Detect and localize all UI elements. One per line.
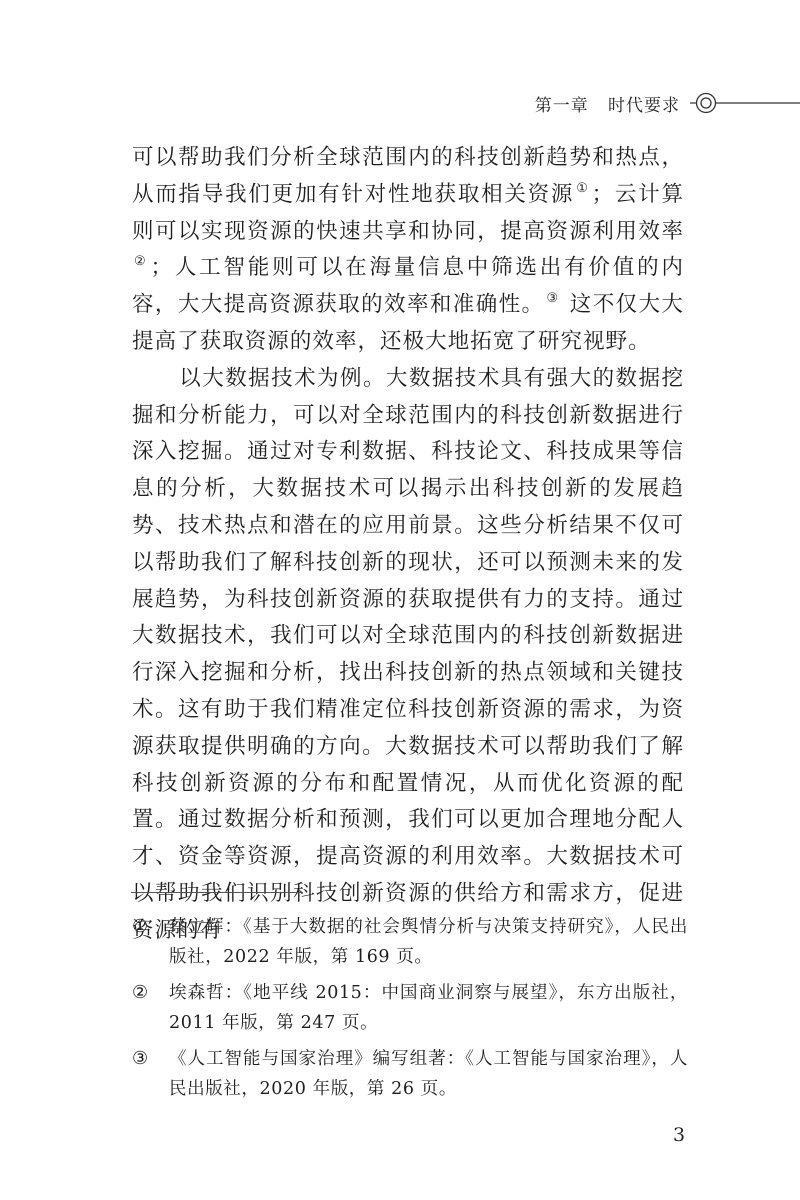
chapter-title: 时代要求 [608,96,680,116]
footnote-mark: ② [132,978,169,1038]
paragraph: 以大数据技术为例。大数据技术具有强大的数据挖掘和分析能力，可以对全球范围内的科技… [132,361,684,950]
footnote: ③ 《人工智能与国家治理》编写组著：《人工智能与国家治理》，人民出版社，2020… [132,1044,688,1104]
footnote-ref[interactable]: ② [134,254,149,269]
footnote-mark: ③ [132,1044,169,1104]
body-text: 可以帮助我们分析全球范围内的科技创新趋势和热点，从而指导我们更加有针对性地获取相… [132,140,684,950]
chapter-heading: 第一章 时代要求 [535,91,680,116]
footnote: ② 埃森哲：《地平线 2015：中国商业洞察与展望》，东方出版社，2011 年版… [132,978,688,1038]
footnote-text: 《人工智能与国家治理》编写组著：《人工智能与国家治理》，人民出版社，2020 年… [169,1044,688,1104]
running-head: 第一章 时代要求 [0,88,800,118]
paragraph: 可以帮助我们分析全球范围内的科技创新趋势和热点，从而指导我们更加有针对性地获取相… [132,140,684,361]
double-circle-ornament-icon [688,88,800,118]
footnote-ref[interactable]: ① [576,181,589,196]
footnote: ① 蔡立辉：《基于大数据的社会舆情分析与决策支持研究》，人民出版社，2022 年… [132,912,688,972]
footnote-mark: ① [132,912,169,972]
footnote-text: 蔡立辉：《基于大数据的社会舆情分析与决策支持研究》，人民出版社，2022 年版，… [169,912,688,972]
footnote-separator [131,892,303,893]
footnotes: ① 蔡立辉：《基于大数据的社会舆情分析与决策支持研究》，人民出版社，2022 年… [132,912,688,1110]
page-number: 3 [673,1124,685,1146]
footnote-ref[interactable]: ③ [546,291,559,306]
chapter-number: 第一章 [535,96,589,116]
footnote-text: 埃森哲：《地平线 2015：中国商业洞察与展望》，东方出版社，2011 年版，第… [169,978,688,1038]
